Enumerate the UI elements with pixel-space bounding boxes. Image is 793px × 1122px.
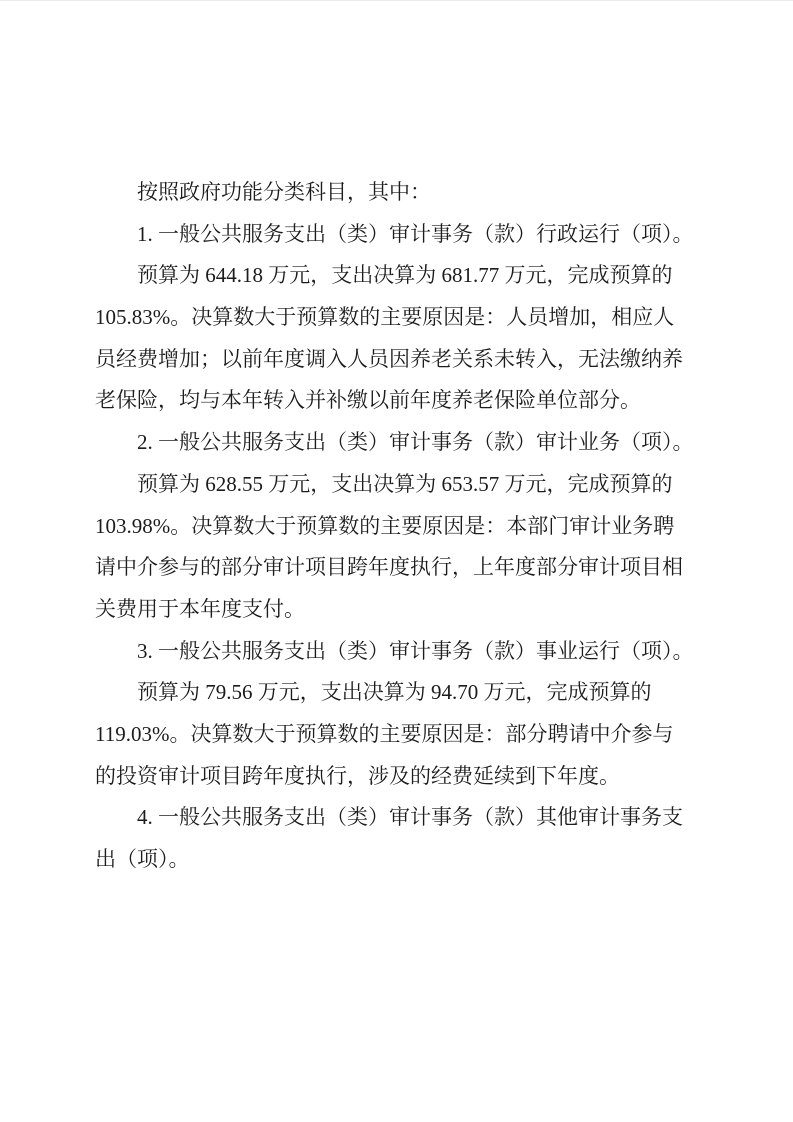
text-line: 请中介参与的部分审计项目跨年度执行，上年度部分审计项目相 xyxy=(95,547,717,589)
text-line: 预算为 628.55 万元，支出决算为 653.57 万元，完成预算的 xyxy=(95,464,717,506)
text-line: 105.83%。决算数大于预算数的主要原因是：人员增加，相应人 xyxy=(95,297,717,339)
text-line: 员经费增加；以前年度调入人员因养老关系未转入，无法缴纳养 xyxy=(95,339,717,381)
document-body: 按照政府功能分类科目，其中： 1. 一般公共服务支出（类）审计事务（款）行政运行… xyxy=(95,172,717,881)
text-line: 出（项）。 xyxy=(95,839,717,881)
text-line: 关费用于本年度支付。 xyxy=(95,589,717,631)
text-line: 的投资审计项目跨年度执行，涉及的经费延续到下年度。 xyxy=(95,756,717,798)
document-page: 按照政府功能分类科目，其中： 1. 一般公共服务支出（类）审计事务（款）行政运行… xyxy=(0,0,793,1122)
text-line: 老保险，均与本年转入并补缴以前年度养老保险单位部分。 xyxy=(95,380,717,422)
text-line: 1. 一般公共服务支出（类）审计事务（款）行政运行（项）。 xyxy=(95,214,717,256)
page-top-edge xyxy=(0,0,793,1)
text-line: 预算为 79.56 万元，支出决算为 94.70 万元，完成预算的 xyxy=(95,672,717,714)
text-line: 119.03%。决算数大于预算数的主要原因是：部分聘请中介参与 xyxy=(95,714,717,756)
text-line: 103.98%。决算数大于预算数的主要原因是：本部门审计业务聘 xyxy=(95,506,717,548)
text-line: 预算为 644.18 万元，支出决算为 681.77 万元，完成预算的 xyxy=(95,255,717,297)
text-line: 4. 一般公共服务支出（类）审计事务（款）其他审计事务支 xyxy=(95,797,717,839)
text-line: 3. 一般公共服务支出（类）审计事务（款）事业运行（项）。 xyxy=(95,631,717,673)
text-line: 2. 一般公共服务支出（类）审计事务（款）审计业务（项）。 xyxy=(95,422,717,464)
text-line: 按照政府功能分类科目，其中： xyxy=(95,172,717,214)
